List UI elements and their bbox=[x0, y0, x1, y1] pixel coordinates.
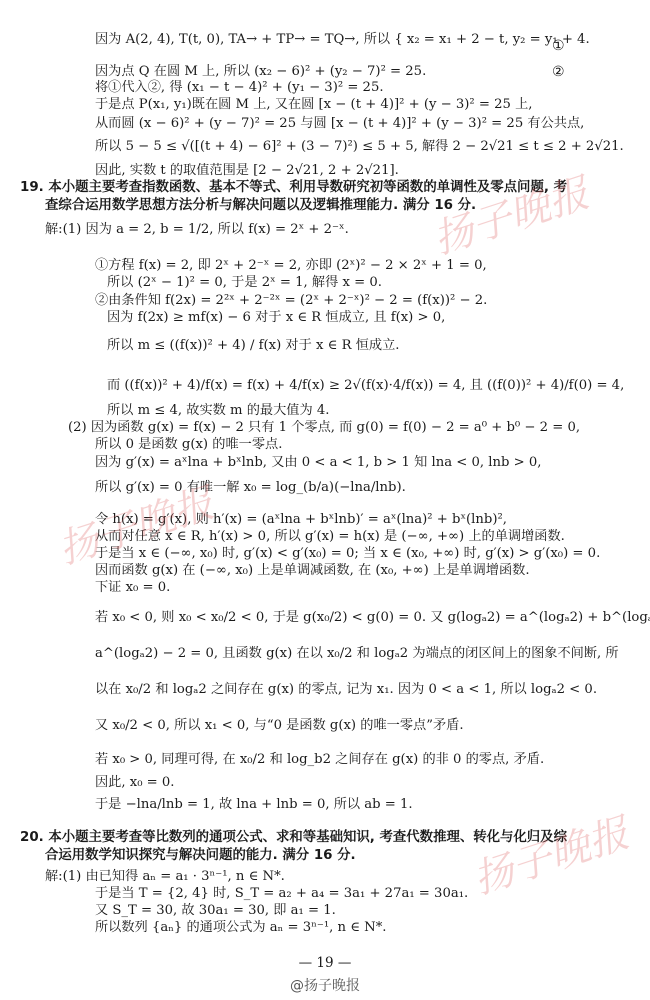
q20-line: 所以数列 {aₙ} 的通项公式为 aₙ = 3ⁿ⁻¹, n ∈ N*. bbox=[95, 920, 387, 936]
page-number: — 19 — bbox=[0, 955, 650, 971]
equation-label-2: ② bbox=[552, 64, 565, 80]
q19-line: 以在 x₀/2 和 logₐ2 之间存在 g(x) 的零点, 记为 x₁. 因为… bbox=[95, 682, 597, 698]
q19-line: 于是当 x ∈ (−∞, x₀) 时, g′(x) < g′(x₀) = 0; … bbox=[95, 546, 600, 562]
q19-line: (2) 因为函数 g(x) = f(x) − 2 只有 1 个零点, 而 g(0… bbox=[68, 420, 580, 436]
q18-line: 因为 A(2, 4), T(t, 0), TA→ + TP→ = TQ→, 所以… bbox=[95, 32, 590, 48]
q19-line: ②由条件知 f(2x) = 2²ˣ + 2⁻²ˣ = (2ˣ + 2⁻ˣ)² −… bbox=[95, 293, 487, 309]
watermark: 扬子晚报 bbox=[465, 802, 635, 906]
q19-line: 所以 m ≤ ((f(x))² + 4) / f(x) 对于 x ∈ R 恒成立… bbox=[107, 338, 399, 354]
q19-line: 因为 f(2x) ≥ mf(x) − 6 对于 x ∈ R 恒成立, 且 f(x… bbox=[107, 310, 445, 326]
q18-line: 将①代入②, 得 (x₁ − t − 4)² + (y₁ − 3)² = 25. bbox=[95, 80, 384, 96]
q19-line: 所以 g′(x) = 0 有唯一解 x₀ = log_(b/a)(−lna/ln… bbox=[95, 480, 406, 496]
equation-label-1: ① bbox=[552, 38, 565, 54]
q19-line: 若 x₀ < 0, 则 x₀ < x₀/2 < 0, 于是 g(x₀/2) < … bbox=[95, 610, 650, 626]
q20-line: 解:(1) 由已知得 aₙ = a₁ · 3ⁿ⁻¹, n ∈ N*. bbox=[45, 869, 285, 885]
q19-line: 解:(1) 因为 a = 2, b = 1/2, 所以 f(x) = 2ˣ + … bbox=[45, 222, 349, 238]
document-page: 因为 A(2, 4), T(t, 0), TA→ + TP→ = TQ→, 所以… bbox=[0, 0, 650, 1000]
q19-line: 又 x₀/2 < 0, 所以 x₁ < 0, 与“0 是函数 g(x) 的唯一零… bbox=[95, 718, 464, 734]
q19-line: 因为 g′(x) = aˣlna + bˣlnb, 又由 0 < a < 1, … bbox=[95, 455, 541, 471]
q20-line: 于是当 T = {2, 4} 时, S_T = a₂ + a₄ = 3a₁ + … bbox=[95, 886, 468, 902]
q19-line: a^(logₐ2) − 2 = 0, 且函数 g(x) 在以 x₀/2 和 lo… bbox=[95, 646, 619, 662]
q18-line: 所以 5 − 5 ≤ √([(t + 4) − 6]² + (3 − 7)²) … bbox=[95, 139, 624, 155]
q20-line: 又 S_T = 30, 故 30a₁ = 30, 即 a₁ = 1. bbox=[95, 903, 336, 919]
q19-line: 所以 m ≤ 4, 故实数 m 的最大值为 4. bbox=[107, 403, 329, 419]
source-credit: @扬子晚报 bbox=[0, 975, 650, 995]
q19-line: 所以 (2ˣ − 1)² = 0, 于是 2ˣ = 1, 解得 x = 0. bbox=[107, 275, 382, 291]
q19-line: 若 x₀ > 0, 同理可得, 在 x₀/2 和 log_b2 之间存在 g(x… bbox=[95, 752, 544, 768]
q19-header-cont: 查综合运用数学思想方法分析与解决问题以及逻辑推理能力. 满分 16 分. bbox=[45, 198, 476, 214]
q19-line: 下证 x₀ = 0. bbox=[95, 580, 170, 596]
q19-line: ①方程 f(x) = 2, 即 2ˣ + 2⁻ˣ = 2, 亦即 (2ˣ)² −… bbox=[95, 258, 487, 274]
q19-line: 从而对任意 x ∈ R, h′(x) > 0, 所以 g′(x) = h(x) … bbox=[95, 529, 565, 545]
q20-header-cont: 合运用数学知识探究与解决问题的能力. 满分 16 分. bbox=[45, 848, 356, 864]
q19-line: 于是 −lna/lnb = 1, 故 lna + lnb = 0, 所以 ab … bbox=[95, 797, 413, 813]
q18-line: 从而圆 (x − 6)² + (y − 7)² = 25 与圆 [x − (t … bbox=[95, 116, 584, 132]
q19-line: 令 h(x) = g′(x), 则 h′(x) = (aˣlna + bˣlnb… bbox=[95, 512, 507, 528]
q18-line: 于是点 P(x₁, y₁)既在圆 M 上, 又在圆 [x − (t + 4)]²… bbox=[95, 97, 532, 113]
q19-line: 因而函数 g(x) 在 (−∞, x₀) 上是单调减函数, 在 (x₀, +∞)… bbox=[95, 563, 530, 579]
q19-line: 而 ((f(x))² + 4)/f(x) = f(x) + 4/f(x) ≥ 2… bbox=[107, 378, 624, 394]
q18-line: 因为点 Q 在圆 M 上, 所以 (x₂ − 6)² + (y₂ − 7)² =… bbox=[95, 64, 426, 80]
q20-header: 20. 本小题主要考查等比数列的通项公式、求和等基础知识, 考查代数推理、转化与… bbox=[20, 830, 567, 846]
q18-line: 因此, 实数 t 的取值范围是 [2 − 2√21, 2 + 2√21]. bbox=[95, 163, 399, 179]
q19-line: 所以 0 是函数 g(x) 的唯一零点. bbox=[95, 437, 282, 453]
q19-header: 19. 本小题主要考查指数函数、基本不等式、利用导数研究初等函数的单调性及零点问… bbox=[20, 180, 567, 196]
q19-line: 因此, x₀ = 0. bbox=[95, 775, 175, 791]
